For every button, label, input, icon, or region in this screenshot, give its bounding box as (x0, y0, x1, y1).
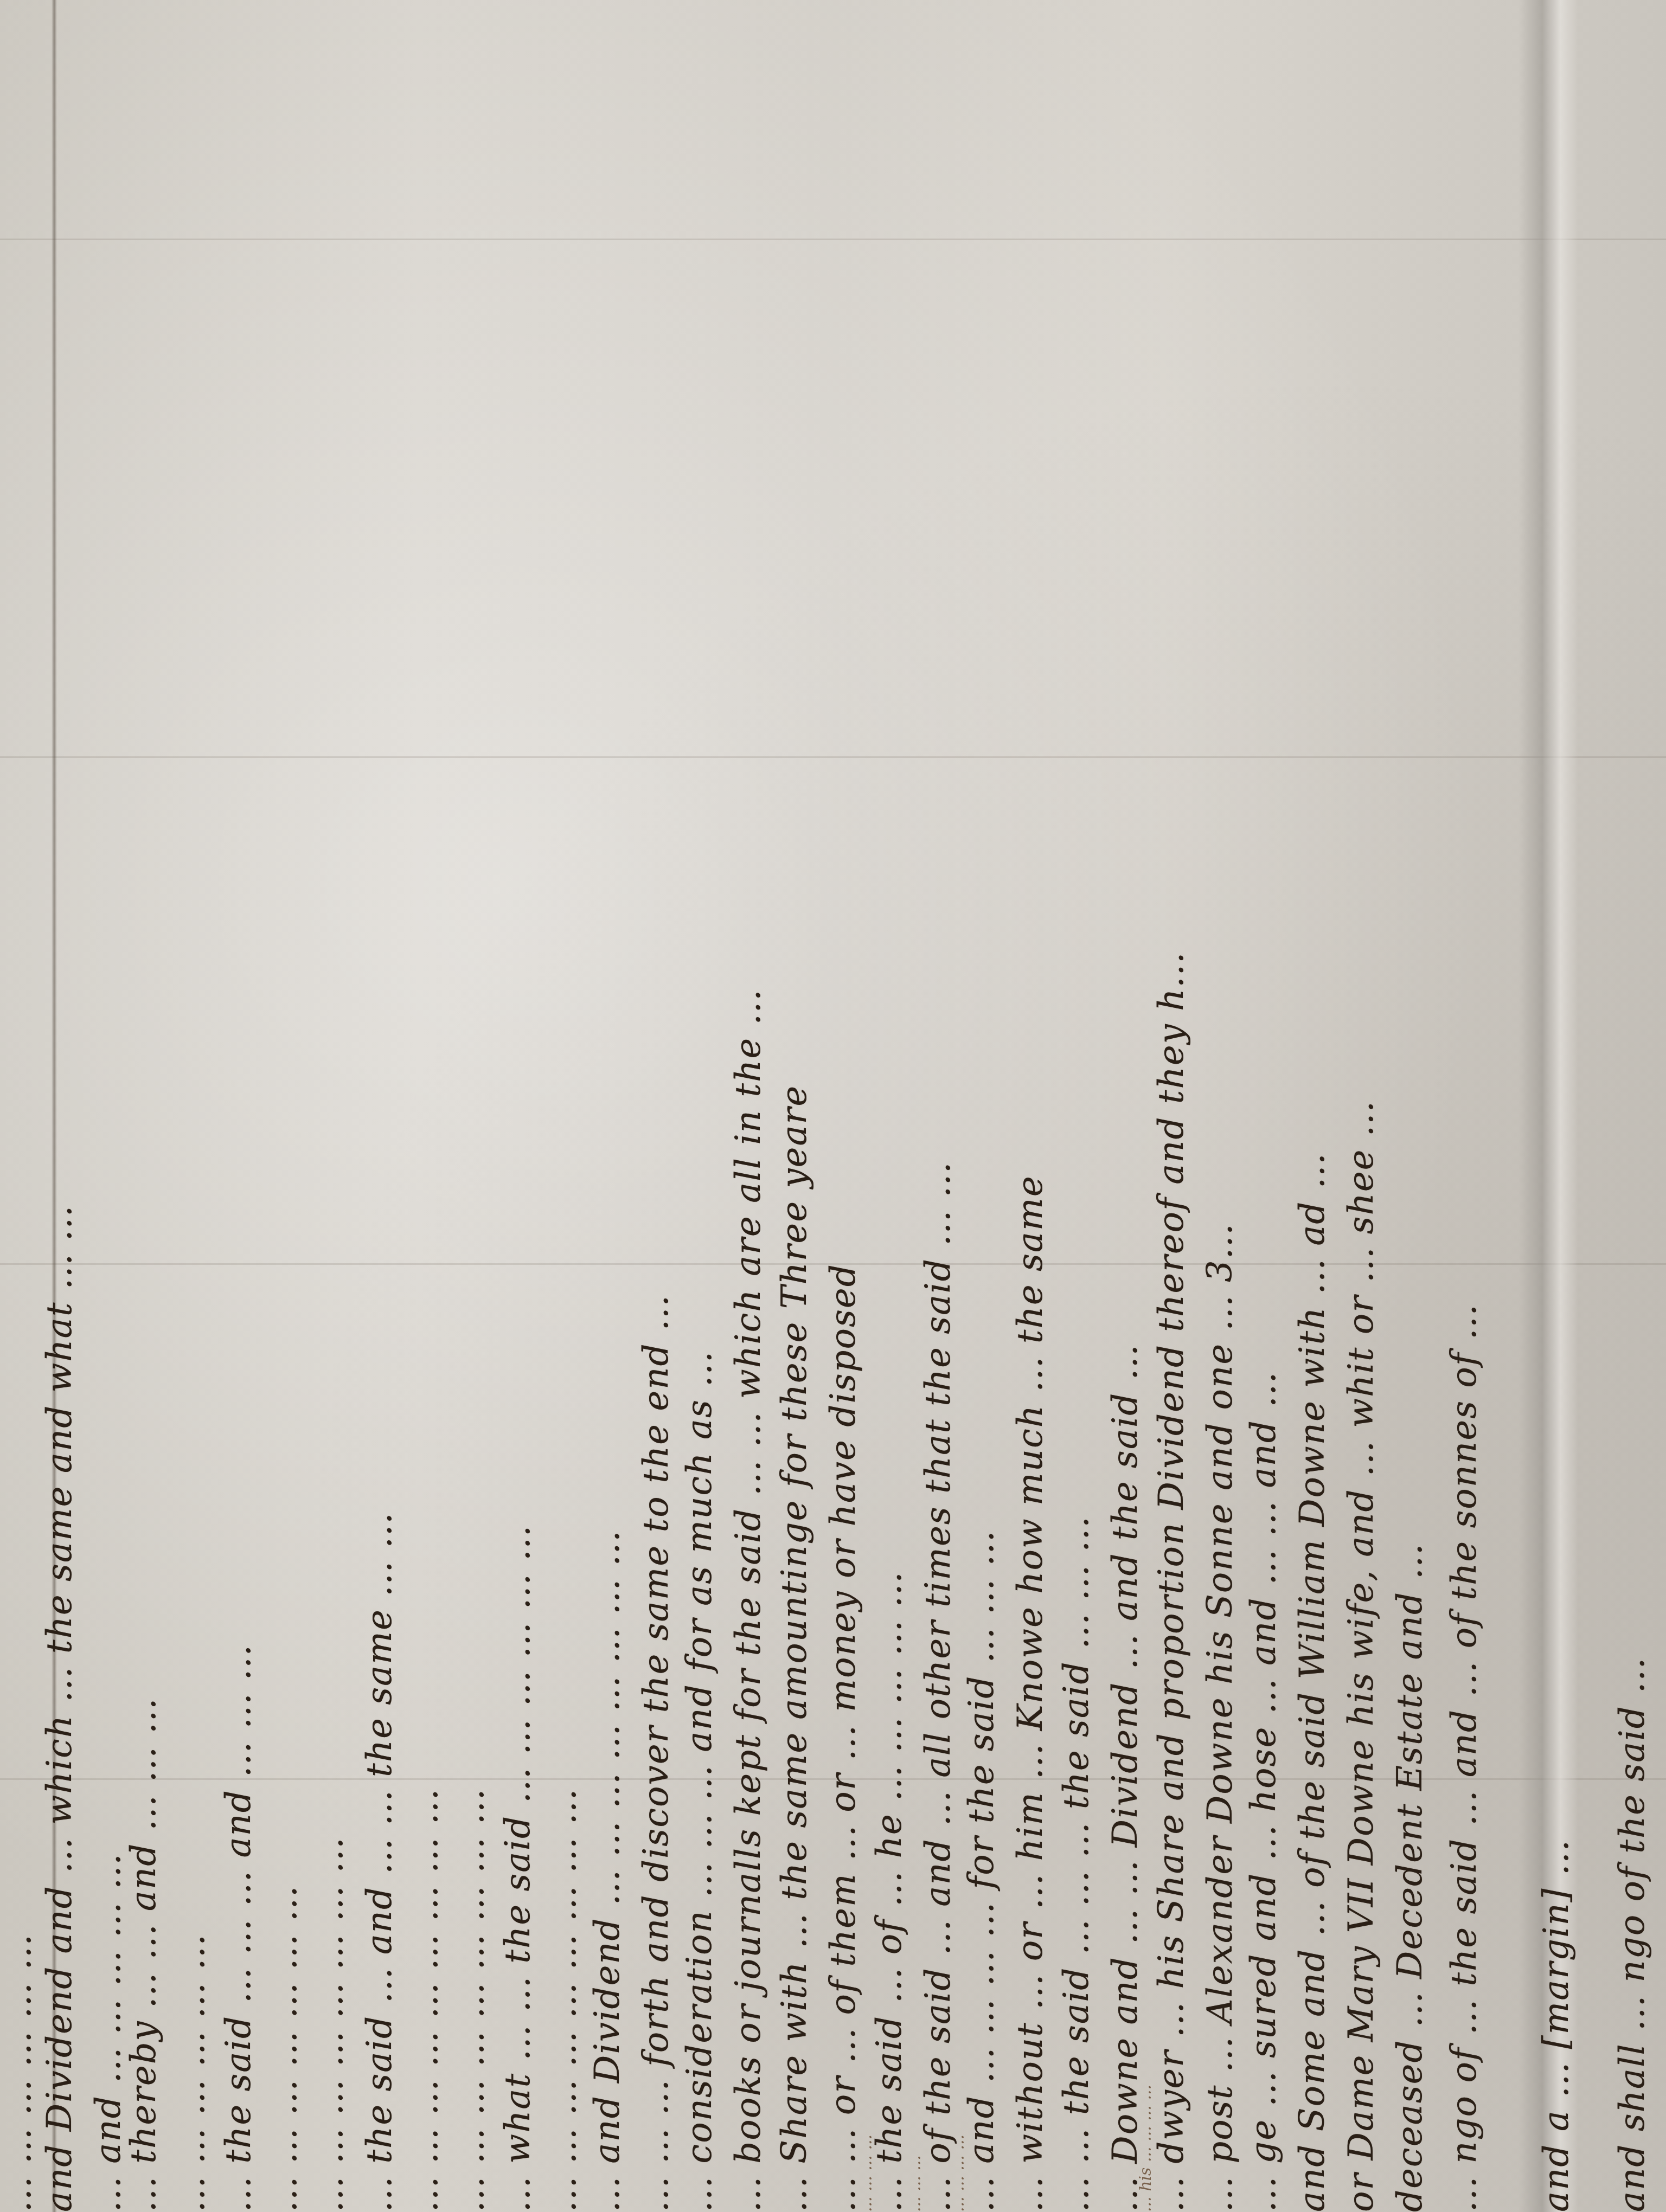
manuscript-line: deceased ... Decedent Estate and ... (1386, 0, 1434, 2212)
manuscript-line: ... books or journalls kept for the said… (724, 0, 773, 2212)
manuscript-line: ... and ... ... ... ... ... (84, 0, 133, 2212)
manuscript-line: or Dame Mary VII Downe his wife, and ...… (1337, 0, 1386, 2212)
manuscript-line: ... post ... Alexander Downe his Sonne a… (1196, 0, 1245, 2212)
interlinear-note: ... ... ... ... (949, 0, 971, 2212)
manuscript-line: ... ... ... ... ... ... ... ... (306, 0, 355, 2212)
manuscript-line: and shall ... ngo of the said ... (1608, 0, 1657, 2212)
manuscript-page: and shall ... ngo of the said ...and a .… (0, 0, 1666, 2212)
manuscript-line: ... ... ... ... ... ... ... (260, 0, 309, 2212)
manuscript-line: ... and Dividend ... ... ... ... ... ...… (583, 0, 632, 2212)
manuscript-line: ... ... ... ... ... ... ... ... ... (540, 0, 588, 2212)
manuscript-line: ... consideration ... ... ... and for as… (675, 0, 724, 2212)
manuscript-line: ... what ... ... the said ... ... ... ..… (494, 0, 542, 2212)
manuscript-line: ... ... ... ... ... ... ... ... ... (447, 0, 496, 2212)
interlinear-note: ... ... ... ... (857, 0, 879, 2212)
manuscript-line: ... ngo of ... the said ... and ... of t… (1440, 0, 1489, 2212)
manuscript-line: ... the said ... and ... ... the same ..… (355, 0, 404, 2212)
manuscript-line: ... the said ... ... ... and ... ... ... (214, 0, 263, 2212)
manuscript-line: ... without ... or ... him ... Knowe how… (1006, 0, 1055, 2212)
manuscript-line: ... ... ... forth and discover the same … (632, 0, 681, 2212)
manuscript-line: ... ... the said ... ... ... the said ..… (1052, 0, 1101, 2212)
manuscript-line: ... ... ... ... ... ... (168, 0, 217, 2212)
manuscript-line: ... ... ... ... ... ... (0, 0, 43, 2212)
manuscript-line: ... ge ... sured and ... hose ... and ..… (1239, 0, 1288, 2212)
interlinear-note: ... his ... ... ... ... (1136, 0, 1158, 2212)
manuscript-line: and Some and ... of the said William Dow… (1288, 0, 1337, 2212)
manuscript-line: ... ... ... ... ... ... ... ... ... (401, 0, 450, 2212)
manuscript-line: ... Share with ... the same amountinge f… (770, 0, 819, 2212)
interlinear-note: ... ... ... (906, 0, 927, 2212)
manuscript-line: and a ... [margin] ... (1532, 0, 1581, 2212)
